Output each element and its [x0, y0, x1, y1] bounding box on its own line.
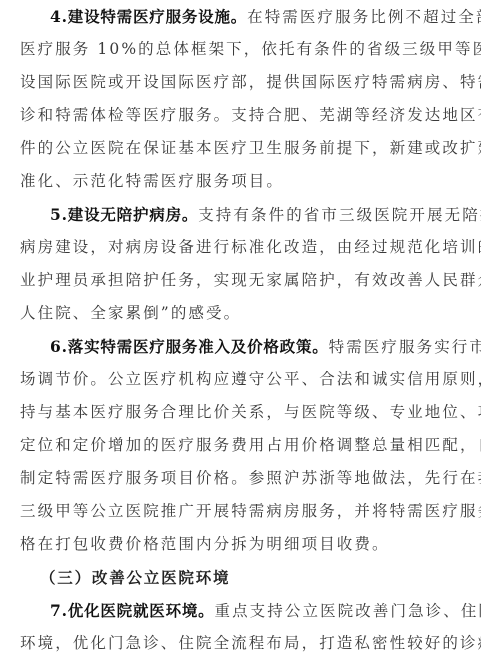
section-heading: （三）改善公立医院环境	[40, 561, 446, 594]
paragraph-4-line-6: 准化、示范化特需医疗服务项目。	[20, 165, 456, 198]
paragraph-6-line-4: 定位和定价增加的医疗服务费用占用价格调整总量相匹配，自主	[20, 429, 456, 462]
paragraph-5-line-3: 业护理员承担陪护任务，实现无家属陪护，有效改善人民群众“一	[20, 264, 456, 297]
paragraph-5-line-1: 5.建设无陪护病房。支持有条件的省市三级医院开展无陪护	[50, 198, 456, 231]
paragraph-6-line-5: 制定特需医疗服务项目价格。参照沪苏浙等地做法，先行在我省	[20, 462, 456, 495]
paragraph-4-line-1: 4.建设特需医疗服务设施。在特需医疗服务比例不超过全部	[50, 0, 456, 33]
item-6-title: 6.落实特需医疗服务准入及价格政策。	[50, 337, 329, 356]
paragraph-7-line-1: 7.优化医院就医环境。重点支持公立医院改善门急诊、住院	[50, 594, 456, 627]
paragraph-5-line-4: 人住院、全家累倒”的感受。	[20, 297, 456, 330]
paragraph-6-line-7: 格在打包收费价格范围内分拆为明细项目收费。	[20, 528, 456, 561]
paragraph-7-line-2: 环境，优化门急诊、住院全流程布局，打造私密性较好的诊疗环	[20, 627, 456, 660]
paragraph-6-line-2: 场调节价。公立医疗机构应遵守公平、合法和诚实信用原则，保	[20, 363, 456, 396]
paragraph-6-line-1: 6.落实特需医疗服务准入及价格政策。特需医疗服务实行市	[50, 330, 456, 363]
item-5-title: 5.建设无陪护病房。	[50, 205, 198, 224]
paragraph-4-line-4: 诊和特需体检等医疗服务。支持合肥、芜湖等经济发达地区有条	[20, 99, 456, 132]
item-4-title: 4.建设特需医疗服务设施。	[50, 7, 247, 26]
document-page: 4.建设特需医疗服务设施。在特需医疗服务比例不超过全部 医疗服务 10%的总体框…	[0, 0, 481, 664]
paragraph-6-line-3: 持与基本医疗服务合理比价关系，与医院等级、专业地位、功能	[20, 396, 456, 429]
paragraph-4-line-5: 件的公立医院在保证基本医疗卫生服务前提下，新建或改扩建标	[20, 132, 456, 165]
item-7-title: 7.优化医院就医环境。	[50, 601, 214, 620]
paragraph-4-line-3: 设国际医院或开设国际医疗部，提供国际医疗特需病房、特需门	[20, 66, 456, 99]
paragraph-6-line-6: 三级甲等公立医院推广开展特需病房服务，并将特需医疗服务价	[20, 495, 456, 528]
paragraph-4-line-2: 医疗服务 10%的总体框架下，依托有条件的省级三级甲等医院建	[20, 33, 456, 66]
paragraph-5-line-2: 病房建设，对病房设备进行标准化改造，由经过规范化培训的专	[20, 231, 456, 264]
